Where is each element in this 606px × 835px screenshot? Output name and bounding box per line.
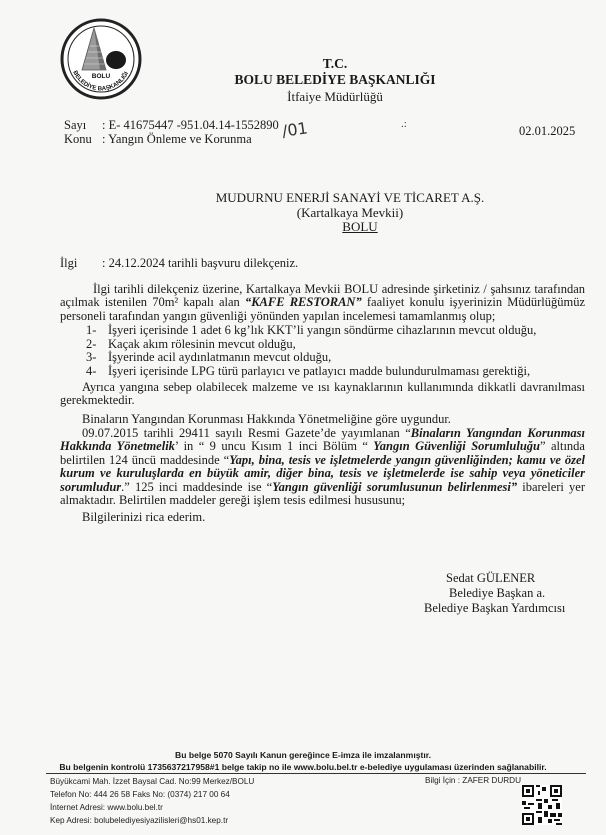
list-number: 1-: [86, 324, 108, 338]
article-125-quote: Yangın güvenliği sorumlusunun belirlenme…: [272, 480, 517, 494]
recipient-company: MUDURNU ENERJİ SANAYİ VE TİCARET A.Ş.: [150, 190, 550, 205]
footer-divider: [46, 773, 586, 774]
list-number: 2-: [86, 338, 108, 352]
reference-ilgi: İlgi: 24.12.2024 tarihli başvuru dilekçe…: [60, 256, 298, 271]
paragraph-caution: Ayrıca yangına sebep olabilecek malzeme …: [60, 381, 585, 408]
footer-address: Büyükcami Mah. İzzet Baysal Cad. No:99 M…: [50, 776, 254, 787]
letterhead-municipality: BOLU BELEDİYE BAŞKANLIĞI: [210, 72, 460, 88]
municipality-logo: BOLU BELEDİYE BAŞKANLIĞI: [60, 18, 142, 100]
esign-notice: Bu belge 5070 Sayılı Kanun gereğince E-i…: [0, 750, 606, 760]
ilgi-value: : 24.12.2024 tarihli başvuru dilekçeniz.: [102, 256, 298, 270]
konu-value: : Yangın Önleme ve Korunma: [102, 132, 252, 146]
findings-list: 1-İşyeri içerisinde 1 adet 6 kg’lık KKT’…: [86, 324, 586, 378]
paragraph-compliance: Binaların Yangından Korunması Hakkında Y…: [60, 413, 585, 426]
list-text: Kaçak akım rölesinin mevcut olduğu,: [108, 337, 296, 351]
footer-internet: İnternet Adresi: www.bolu.bel.tr: [50, 802, 163, 813]
stray-mark: .:: [401, 118, 407, 130]
signer-name: Sedat GÜLENER: [446, 571, 535, 586]
list-text: İşyeri içerisinde 1 adet 6 kg’lık KKT’li…: [108, 323, 536, 337]
qr-code-icon: [522, 785, 562, 825]
p4-text-e: .” 125 inci maddesinde ise “: [121, 480, 272, 494]
list-text: İşyerinde acil aydınlatmanın mevcut oldu…: [108, 350, 331, 364]
section-title: Yangın Güvenliği Sorumluluğu: [373, 439, 540, 453]
paragraph-intro: İlgi tarihli dilekçeniz üzerine, Kartalk…: [60, 283, 585, 323]
footer-kep: Kep Adresi: bolubelediyesiyazilisleri@hs…: [50, 815, 228, 826]
sayi-value: : E- 41675447 -951.04.14-1552890: [102, 118, 279, 132]
list-number: 4-: [86, 365, 108, 379]
list-text: İşyeri içerisinde LPG türü parlayıcı ve …: [108, 364, 530, 378]
signer-title: Belediye Başkan a.: [449, 586, 545, 601]
subject: Konu: Yangın Önleme ve Korunma: [64, 132, 252, 147]
list-number: 3-: [86, 351, 108, 365]
document-date: 02.01.2025: [519, 124, 575, 139]
footer-phone: Telefon No: 444 26 58 Faks No: (0374) 21…: [50, 789, 230, 800]
handwritten-suffix: /01: [281, 118, 309, 140]
p4-text-c: ’ in “ 9 uncu Kısım 1 inci Bölüm “: [175, 439, 373, 453]
list-item: 2-Kaçak akım rölesinin mevcut olduğu,: [86, 338, 586, 352]
recipient-location: (Kartalkaya Mevkii): [150, 205, 550, 220]
info-contact: Bilgi İçin : ZAFER DURDU: [425, 776, 521, 785]
letterhead-department: İtfaiye Müdürlüğü: [210, 89, 460, 105]
list-item: 3-İşyerinde acil aydınlatmanın mevcut ol…: [86, 351, 586, 365]
signer-role: Belediye Başkan Yardımcısı: [424, 601, 565, 616]
svg-text:BOLU: BOLU: [92, 73, 111, 80]
letterhead-tc: T.C.: [230, 56, 440, 72]
reference-number: Sayı: E- 41675447 -951.04.14-1552890: [64, 118, 279, 133]
verification-notice: Bu belgenin kontrolü 17356372179​58#1 be…: [0, 762, 606, 772]
list-item: 1-İşyeri içerisinde 1 adet 6 kg’lık KKT’…: [86, 324, 586, 338]
list-item: 4-İşyeri içerisinde LPG türü parlayıcı v…: [86, 365, 586, 379]
business-type: “KAFE RESTORAN”: [245, 295, 362, 309]
recipient-city: BOLU: [160, 219, 560, 234]
konu-label: Konu: [64, 132, 102, 147]
paragraph-closing: Bilgilerinizi rica ederim.: [60, 511, 585, 524]
sayi-label: Sayı: [64, 118, 102, 133]
p4-text-a: 09.07.2015 tarihli 29411 sayılı Resmi Ga…: [82, 426, 411, 440]
paragraph-regulation: 09.07.2015 tarihli 29411 sayılı Resmi Ga…: [60, 427, 585, 507]
ilgi-label: İlgi: [60, 256, 102, 271]
